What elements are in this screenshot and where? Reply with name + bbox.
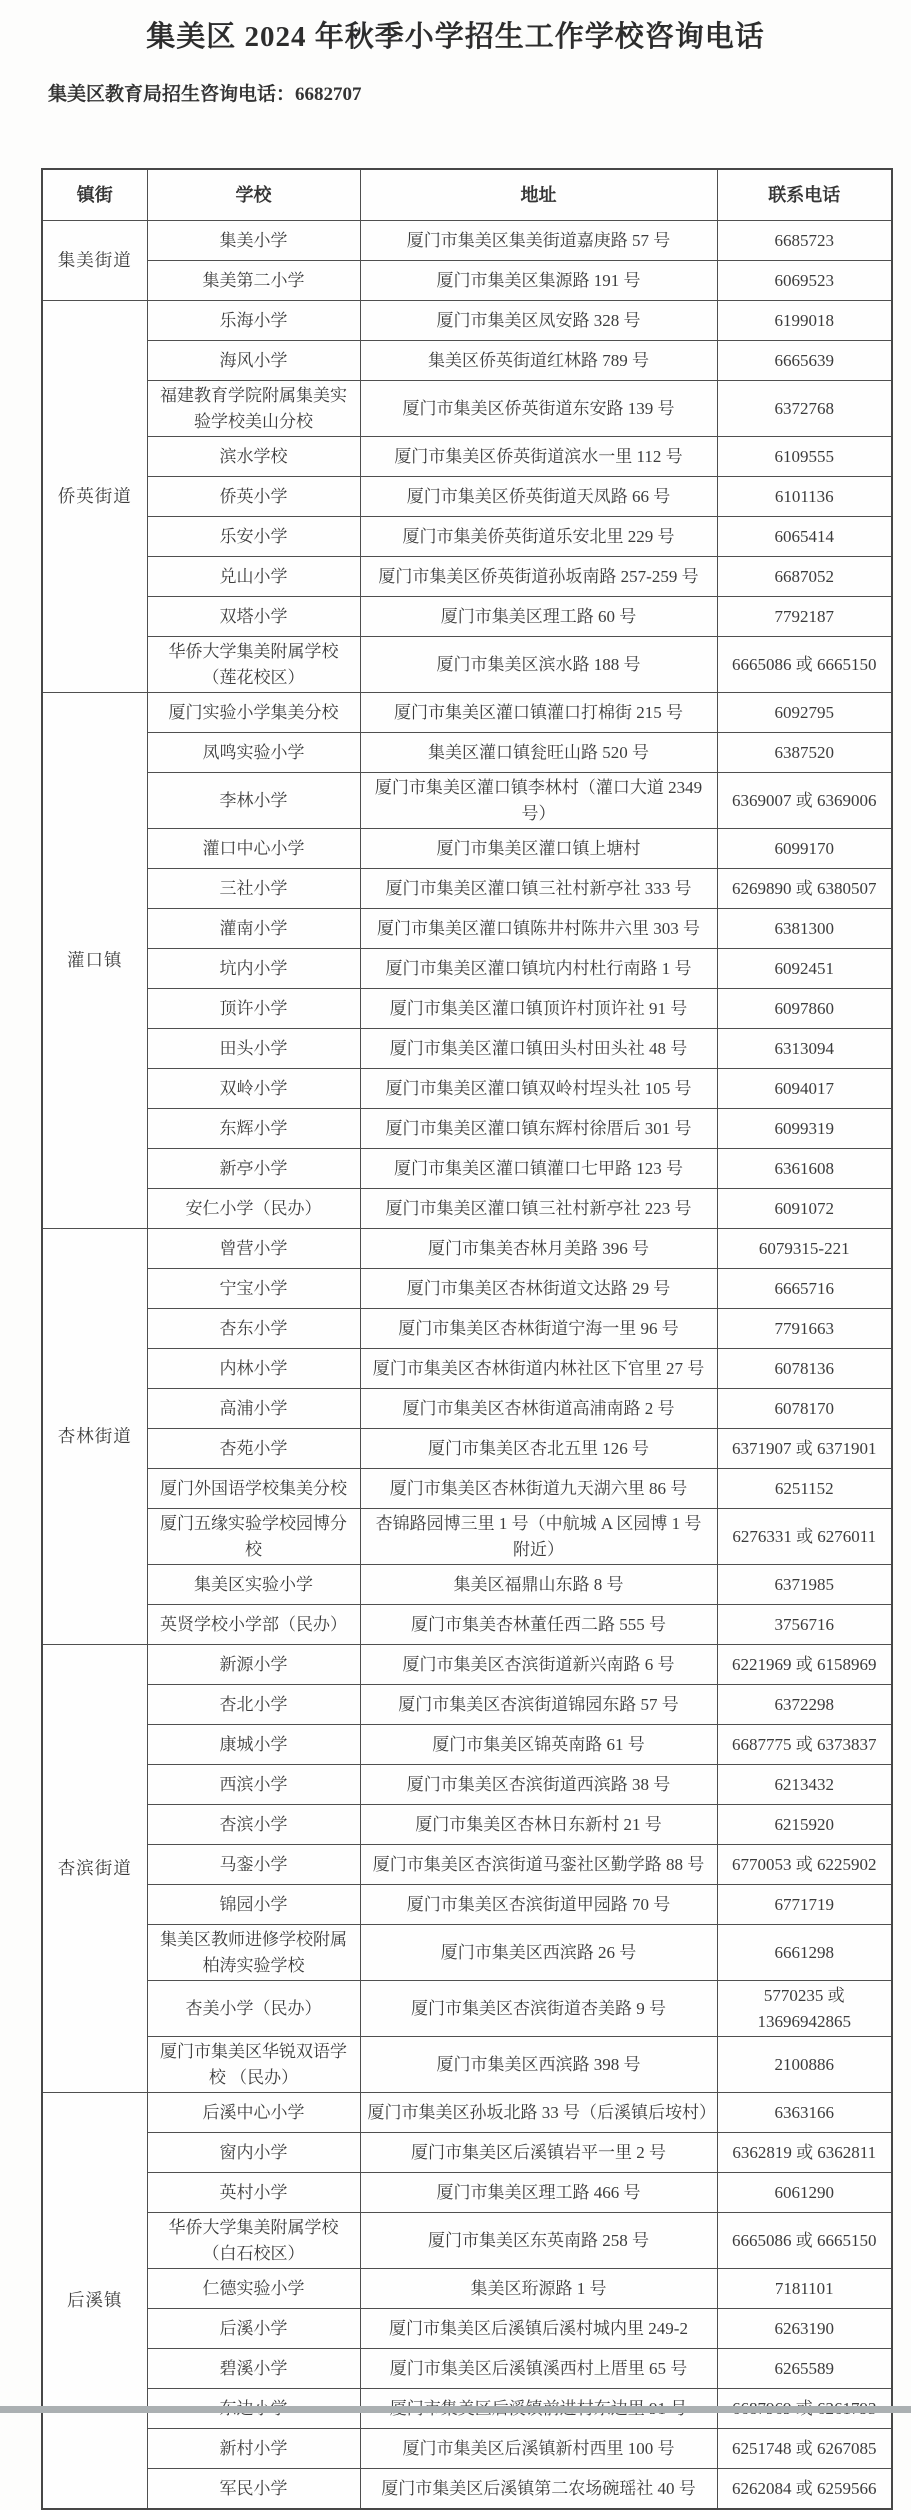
table-row: 集美区实验小学集美区福鼎山东路 8 号6371985 xyxy=(42,1565,892,1605)
table-row: 仁德实验小学集美区珩源路 1 号7181101 xyxy=(42,2269,892,2309)
school-cell: 厦门五缘实验学校园博分校 xyxy=(147,1509,360,1565)
address-cell: 厦门市集美区西滨路 26 号 xyxy=(360,1925,717,1981)
address-cell: 厦门市集美区杏林街道宁海一里 96 号 xyxy=(360,1309,717,1349)
table-row: 杏苑小学厦门市集美区杏北五里 126 号6371907 或 6371901 xyxy=(42,1429,892,1469)
phone-cell: 6276331 或 6276011 xyxy=(717,1509,892,1565)
table-row: 集美区教师进修学校附属柏涛实验学校厦门市集美区西滨路 26 号6661298 xyxy=(42,1925,892,1981)
school-cell: 乐海小学 xyxy=(147,301,360,341)
school-cell: 高浦小学 xyxy=(147,1389,360,1429)
school-cell: 乐安小学 xyxy=(147,517,360,557)
table-row: 锦园小学厦门市集美区杏滨街道甲园路 70 号6771719 xyxy=(42,1885,892,1925)
school-cell: 后溪中心小学 xyxy=(147,2093,360,2133)
phone-cell: 2100886 xyxy=(717,2037,892,2093)
table-row: 杏滨街道新源小学厦门市集美区杏滨街道新兴南路 6 号6221969 或 6158… xyxy=(42,1645,892,1685)
phone-cell: 6263190 xyxy=(717,2309,892,2349)
table-row: 双岭小学厦门市集美区灌口镇双岭村埕头社 105 号6094017 xyxy=(42,1069,892,1109)
phone-cell: 6092795 xyxy=(717,693,892,733)
phone-cell: 6101136 xyxy=(717,477,892,517)
school-cell: 华侨大学集美附属学校（莲花校区） xyxy=(147,637,360,693)
phone-cell: 6251152 xyxy=(717,1469,892,1509)
school-cell: 集美区实验小学 xyxy=(147,1565,360,1605)
table-row: 坑内小学厦门市集美区灌口镇坑内村杜行南路 1 号6092451 xyxy=(42,949,892,989)
school-cell: 侨英小学 xyxy=(147,477,360,517)
table-row: 双塔小学厦门市集美区理工路 60 号7792187 xyxy=(42,597,892,637)
school-cell: 杏东小学 xyxy=(147,1309,360,1349)
address-cell: 厦门市集美区滨水路 188 号 xyxy=(360,637,717,693)
address-cell: 厦门市集美区理工路 466 号 xyxy=(360,2173,717,2213)
address-cell: 厦门市集美区杏滨街道锦园东路 57 号 xyxy=(360,1685,717,1725)
school-cell: 双岭小学 xyxy=(147,1069,360,1109)
phone-cell: 3756716 xyxy=(717,1605,892,1645)
table-row: 宁宝小学厦门市集美区杏林街道文达路 29 号6665716 xyxy=(42,1269,892,1309)
address-cell: 厦门市集美区杏林街道内林社区下官里 27 号 xyxy=(360,1349,717,1389)
address-cell: 厦门市集美区灌口镇上塘村 xyxy=(360,829,717,869)
school-cell: 英村小学 xyxy=(147,2173,360,2213)
phone-cell: 6687775 或 6373837 xyxy=(717,1725,892,1765)
address-cell: 厦门市集美区灌口镇三社村新亭社 223 号 xyxy=(360,1189,717,1229)
address-cell: 厦门市集美区杏林街道高浦南路 2 号 xyxy=(360,1389,717,1429)
address-cell: 厦门市集美区凤安路 328 号 xyxy=(360,301,717,341)
phone-cell: 6661298 xyxy=(717,1925,892,1981)
phone-cell: 6091072 xyxy=(717,1189,892,1229)
table-row: 田头小学厦门市集美区灌口镇田头村田头社 48 号6313094 xyxy=(42,1029,892,1069)
school-cell: 杏苑小学 xyxy=(147,1429,360,1469)
district-cell: 杏滨街道 xyxy=(42,1645,147,2093)
school-cell: 军民小学 xyxy=(147,2469,360,2510)
table-row: 侨英街道乐海小学厦门市集美区凤安路 328 号6199018 xyxy=(42,301,892,341)
address-cell: 杏锦路园博三里 1 号（中航城 A 区园博 1 号附近） xyxy=(360,1509,717,1565)
school-cell: 双塔小学 xyxy=(147,597,360,637)
table-row: 侨英小学厦门市集美区侨英街道天凤路 66 号6101136 xyxy=(42,477,892,517)
school-cell: 坑内小学 xyxy=(147,949,360,989)
table-row: 杏美小学（民办）厦门市集美区杏滨街道杏美路 9 号5770235 或 13696… xyxy=(42,1981,892,2037)
address-cell: 厦门市集美区锦英南路 61 号 xyxy=(360,1725,717,1765)
address-cell: 集美区灌口镇瓮旺山路 520 号 xyxy=(360,733,717,773)
school-cell: 集美区教师进修学校附属柏涛实验学校 xyxy=(147,1925,360,1981)
phone-cell: 6371985 xyxy=(717,1565,892,1605)
school-cell: 宁宝小学 xyxy=(147,1269,360,1309)
phone-cell: 6215920 xyxy=(717,1805,892,1845)
table-row: 后溪镇后溪中心小学厦门市集美区孙坂北路 33 号（后溪镇后垵村）6363166 xyxy=(42,2093,892,2133)
address-cell: 厦门市集美区西滨路 398 号 xyxy=(360,2037,717,2093)
table-row: 马銮小学厦门市集美区杏滨街道马銮社区勤学路 88 号6770053 或 6225… xyxy=(42,1845,892,1885)
address-cell: 厦门市集美区杏滨街道杏美路 9 号 xyxy=(360,1981,717,2037)
table-row: 杏林街道曾营小学厦门市集美杏林月美路 396 号6079315-221 xyxy=(42,1229,892,1269)
address-cell: 厦门市集美杏林月美路 396 号 xyxy=(360,1229,717,1269)
phone-cell: 6262084 或 6259566 xyxy=(717,2469,892,2510)
education-bureau-hotline: 集美区教育局招生咨询电话：6682707 xyxy=(48,79,911,106)
phone-cell: 6065414 xyxy=(717,517,892,557)
phone-cell: 6069523 xyxy=(717,261,892,301)
school-cell: 灌南小学 xyxy=(147,909,360,949)
page-title: 集美区 2024 年秋季小学招生工作学校咨询电话 xyxy=(0,0,911,55)
table-row: 杏东小学厦门市集美区杏林街道宁海一里 96 号7791663 xyxy=(42,1309,892,1349)
address-cell: 厦门市集美侨英街道乐安北里 229 号 xyxy=(360,517,717,557)
address-cell: 厦门市集美区杏滨街道西滨路 38 号 xyxy=(360,1765,717,1805)
table-row: 英村小学厦门市集美区理工路 466 号6061290 xyxy=(42,2173,892,2213)
table-row: 华侨大学集美附属学校（白石校区）厦门市集美区东英南路 258 号6665086 … xyxy=(42,2213,892,2269)
table-row: 凤鸣实验小学集美区灌口镇瓮旺山路 520 号6387520 xyxy=(42,733,892,773)
address-cell: 厦门市集美区灌口镇顶许村顶许社 91 号 xyxy=(360,989,717,1029)
address-cell: 厦门市集美区杏滨街道马銮社区勤学路 88 号 xyxy=(360,1845,717,1885)
phone-cell: 6372298 xyxy=(717,1685,892,1725)
table-row: 顶许小学厦门市集美区灌口镇顶许村顶许社 91 号6097860 xyxy=(42,989,892,1029)
school-cell: 东辉小学 xyxy=(147,1109,360,1149)
school-cell: 集美第二小学 xyxy=(147,261,360,301)
address-cell: 厦门市集美区灌口镇陈井村陈井六里 303 号 xyxy=(360,909,717,949)
school-cell: 西滨小学 xyxy=(147,1765,360,1805)
table-row: 厦门市集美区华锐双语学校 （民办）厦门市集美区西滨路 398 号2100886 xyxy=(42,2037,892,2093)
school-contact-table: 镇街 学校 地址 联系电话 集美街道集美小学厦门市集美区集美街道嘉庚路 57 号… xyxy=(41,168,893,2510)
address-cell: 厦门市集美区灌口镇李林村（灌口大道 2349 号） xyxy=(360,773,717,829)
address-cell: 厦门市集美区灌口镇东辉村徐厝后 301 号 xyxy=(360,1109,717,1149)
phone-cell: 6265589 xyxy=(717,2349,892,2389)
table-row: 安仁小学（民办）厦门市集美区灌口镇三社村新亭社 223 号6091072 xyxy=(42,1189,892,1229)
address-cell: 厦门市集美区灌口镇田头村田头社 48 号 xyxy=(360,1029,717,1069)
school-cell: 厦门外国语学校集美分校 xyxy=(147,1469,360,1509)
phone-cell: 7792187 xyxy=(717,597,892,637)
table-row: 英贤学校小学部（民办）厦门市集美杏林董任西二路 555 号3756716 xyxy=(42,1605,892,1645)
address-cell: 厦门市集美区后溪镇岩平一里 2 号 xyxy=(360,2133,717,2173)
phone-cell: 6685723 xyxy=(717,221,892,261)
address-cell: 厦门市集美区杏林街道九天湖六里 86 号 xyxy=(360,1469,717,1509)
column-header-address: 地址 xyxy=(360,169,717,221)
school-cell: 福建教育学院附属集美实验学校美山分校 xyxy=(147,381,360,437)
table-row: 滨水学校厦门市集美区侨英街道滨水一里 112 号6109555 xyxy=(42,437,892,477)
phone-cell: 5770235 或 13696942865 xyxy=(717,1981,892,2037)
table-row: 厦门五缘实验学校园博分校杏锦路园博三里 1 号（中航城 A 区园博 1 号附近）… xyxy=(42,1509,892,1565)
school-cell: 兑山小学 xyxy=(147,557,360,597)
phone-cell: 6770053 或 6225902 xyxy=(717,1845,892,1885)
school-cell: 窗内小学 xyxy=(147,2133,360,2173)
address-cell: 厦门市集美区后溪镇第二农场碗瑶社 40 号 xyxy=(360,2469,717,2510)
school-cell: 田头小学 xyxy=(147,1029,360,1069)
phone-cell: 6372768 xyxy=(717,381,892,437)
address-cell: 厦门市集美区侨英街道天凤路 66 号 xyxy=(360,477,717,517)
table-row: 碧溪小学厦门市集美区后溪镇溪西村上厝里 65 号6265589 xyxy=(42,2349,892,2389)
phone-cell: 6665086 或 6665150 xyxy=(717,637,892,693)
address-cell: 集美区福鼎山东路 8 号 xyxy=(360,1565,717,1605)
table-row: 兑山小学厦门市集美区侨英街道孙坂南路 257-259 号6687052 xyxy=(42,557,892,597)
phone-cell: 6213432 xyxy=(717,1765,892,1805)
district-cell: 侨英街道 xyxy=(42,301,147,693)
table-row: 东辉小学厦门市集美区灌口镇东辉村徐厝后 301 号6099319 xyxy=(42,1109,892,1149)
table-row: 集美街道集美小学厦门市集美区集美街道嘉庚路 57 号6685723 xyxy=(42,221,892,261)
address-cell: 集美区珩源路 1 号 xyxy=(360,2269,717,2309)
school-cell: 曾营小学 xyxy=(147,1229,360,1269)
phone-cell: 6061290 xyxy=(717,2173,892,2213)
table-row: 西滨小学厦门市集美区杏滨街道西滨路 38 号6213432 xyxy=(42,1765,892,1805)
school-cell: 厦门市集美区华锐双语学校 （民办） xyxy=(147,2037,360,2093)
school-cell: 杏美小学（民办） xyxy=(147,1981,360,2037)
phone-cell: 6363166 xyxy=(717,2093,892,2133)
school-cell: 华侨大学集美附属学校（白石校区） xyxy=(147,2213,360,2269)
school-cell: 杏北小学 xyxy=(147,1685,360,1725)
phone-cell: 6092451 xyxy=(717,949,892,989)
column-header-district: 镇街 xyxy=(42,169,147,221)
phone-cell: 6371907 或 6371901 xyxy=(717,1429,892,1469)
school-cell: 李林小学 xyxy=(147,773,360,829)
school-cell: 新源小学 xyxy=(147,1645,360,1685)
table-row: 高浦小学厦门市集美区杏林街道高浦南路 2 号6078170 xyxy=(42,1389,892,1429)
address-cell: 厦门市集美区灌口镇坑内村杜行南路 1 号 xyxy=(360,949,717,989)
school-table-body: 集美街道集美小学厦门市集美区集美街道嘉庚路 57 号6685723集美第二小学厦… xyxy=(42,221,892,2510)
school-cell: 仁德实验小学 xyxy=(147,2269,360,2309)
table-row: 福建教育学院附属集美实验学校美山分校厦门市集美区侨英街道东安路 139 号637… xyxy=(42,381,892,437)
table-row: 杏滨小学厦门市集美区杏林日东新村 21 号6215920 xyxy=(42,1805,892,1845)
school-cell: 灌口中心小学 xyxy=(147,829,360,869)
phone-cell: 6665716 xyxy=(717,1269,892,1309)
column-header-school: 学校 xyxy=(147,169,360,221)
phone-cell: 6313094 xyxy=(717,1029,892,1069)
phone-cell: 6369007 或 6369006 xyxy=(717,773,892,829)
phone-cell: 6687052 xyxy=(717,557,892,597)
phone-cell: 6099170 xyxy=(717,829,892,869)
school-cell: 后溪小学 xyxy=(147,2309,360,2349)
phone-cell: 6361608 xyxy=(717,1149,892,1189)
address-cell: 厦门市集美区侨英街道东安路 139 号 xyxy=(360,381,717,437)
phone-cell: 6381300 xyxy=(717,909,892,949)
address-cell: 厦门市集美区杏滨街道甲园路 70 号 xyxy=(360,1885,717,1925)
address-cell: 厦门市集美区杏滨街道新兴南路 6 号 xyxy=(360,1645,717,1685)
phone-cell: 6078170 xyxy=(717,1389,892,1429)
phone-cell: 6221969 或 6158969 xyxy=(717,1645,892,1685)
address-cell: 厦门市集美区侨英街道孙坂南路 257-259 号 xyxy=(360,557,717,597)
table-row: 乐安小学厦门市集美侨英街道乐安北里 229 号6065414 xyxy=(42,517,892,557)
table-row: 三社小学厦门市集美区灌口镇三社村新亭社 333 号6269890 或 63805… xyxy=(42,869,892,909)
table-row: 厦门外国语学校集美分校厦门市集美区杏林街道九天湖六里 86 号6251152 xyxy=(42,1469,892,1509)
address-cell: 厦门市集美区杏北五里 126 号 xyxy=(360,1429,717,1469)
table-row: 李林小学厦门市集美区灌口镇李林村（灌口大道 2349 号）6369007 或 6… xyxy=(42,773,892,829)
district-cell: 灌口镇 xyxy=(42,693,147,1229)
table-row: 新亭小学厦门市集美区灌口镇灌口七甲路 123 号6361608 xyxy=(42,1149,892,1189)
school-cell: 集美小学 xyxy=(147,221,360,261)
address-cell: 集美区侨英街道红林路 789 号 xyxy=(360,341,717,381)
phone-cell: 6199018 xyxy=(717,301,892,341)
table-header-row: 镇街 学校 地址 联系电话 xyxy=(42,169,892,221)
school-cell: 新亭小学 xyxy=(147,1149,360,1189)
phone-cell: 6097860 xyxy=(717,989,892,1029)
photo-bottom-edge-bar xyxy=(0,2406,911,2413)
school-cell: 新村小学 xyxy=(147,2429,360,2469)
address-cell: 厦门市集美区后溪镇后溪村城内里 249-2 xyxy=(360,2309,717,2349)
address-cell: 厦门市集美区理工路 60 号 xyxy=(360,597,717,637)
address-cell: 厦门市集美区灌口镇双岭村埕头社 105 号 xyxy=(360,1069,717,1109)
phone-cell: 7791663 xyxy=(717,1309,892,1349)
table-row: 华侨大学集美附属学校（莲花校区）厦门市集美区滨水路 188 号6665086 或… xyxy=(42,637,892,693)
phone-cell: 6099319 xyxy=(717,1109,892,1149)
table-row: 集美第二小学厦门市集美区集源路 191 号6069523 xyxy=(42,261,892,301)
school-cell: 英贤学校小学部（民办） xyxy=(147,1605,360,1645)
phone-cell: 6665086 或 6665150 xyxy=(717,2213,892,2269)
school-cell: 厦门实验小学集美分校 xyxy=(147,693,360,733)
table-row: 康城小学厦门市集美区锦英南路 61 号6687775 或 6373837 xyxy=(42,1725,892,1765)
phone-cell: 6387520 xyxy=(717,733,892,773)
phone-cell: 6109555 xyxy=(717,437,892,477)
table-row: 内林小学厦门市集美区杏林街道内林社区下官里 27 号6078136 xyxy=(42,1349,892,1389)
table-row: 杏北小学厦门市集美区杏滨街道锦园东路 57 号6372298 xyxy=(42,1685,892,1725)
address-cell: 厦门市集美区灌口镇三社村新亭社 333 号 xyxy=(360,869,717,909)
school-cell: 海风小学 xyxy=(147,341,360,381)
address-cell: 厦门市集美区东英南路 258 号 xyxy=(360,2213,717,2269)
address-cell: 厦门市集美区集源路 191 号 xyxy=(360,261,717,301)
table-row: 军民小学厦门市集美区后溪镇第二农场碗瑶社 40 号6262084 或 62595… xyxy=(42,2469,892,2510)
table-row: 窗内小学厦门市集美区后溪镇岩平一里 2 号6362819 或 6362811 xyxy=(42,2133,892,2173)
address-cell: 厦门市集美杏林董任西二路 555 号 xyxy=(360,1605,717,1645)
address-cell: 厦门市集美区侨英街道滨水一里 112 号 xyxy=(360,437,717,477)
district-cell: 集美街道 xyxy=(42,221,147,301)
school-cell: 内林小学 xyxy=(147,1349,360,1389)
address-cell: 厦门市集美区灌口镇灌口七甲路 123 号 xyxy=(360,1149,717,1189)
address-cell: 厦门市集美区杏林日东新村 21 号 xyxy=(360,1805,717,1845)
address-cell: 厦门市集美区杏林街道文达路 29 号 xyxy=(360,1269,717,1309)
table-row: 新村小学厦门市集美区后溪镇新村西里 100 号6251748 或 6267085 xyxy=(42,2429,892,2469)
address-cell: 厦门市集美区孙坂北路 33 号（后溪镇后垵村） xyxy=(360,2093,717,2133)
phone-cell: 6771719 xyxy=(717,1885,892,1925)
phone-cell: 7181101 xyxy=(717,2269,892,2309)
school-cell: 凤鸣实验小学 xyxy=(147,733,360,773)
district-cell: 杏林街道 xyxy=(42,1229,147,1645)
school-cell: 顶许小学 xyxy=(147,989,360,1029)
phone-cell: 6251748 或 6267085 xyxy=(717,2429,892,2469)
address-cell: 厦门市集美区后溪镇新村西里 100 号 xyxy=(360,2429,717,2469)
address-cell: 厦门市集美区集美街道嘉庚路 57 号 xyxy=(360,221,717,261)
school-cell: 康城小学 xyxy=(147,1725,360,1765)
table-row: 海风小学集美区侨英街道红林路 789 号6665639 xyxy=(42,341,892,381)
phone-cell: 6665639 xyxy=(717,341,892,381)
school-cell: 碧溪小学 xyxy=(147,2349,360,2389)
table-row: 灌南小学厦门市集美区灌口镇陈井村陈井六里 303 号6381300 xyxy=(42,909,892,949)
table-row: 灌口中心小学厦门市集美区灌口镇上塘村6099170 xyxy=(42,829,892,869)
phone-cell: 6269890 或 6380507 xyxy=(717,869,892,909)
school-cell: 安仁小学（民办） xyxy=(147,1189,360,1229)
school-cell: 滨水学校 xyxy=(147,437,360,477)
table-row: 后溪小学厦门市集美区后溪镇后溪村城内里 249-26263190 xyxy=(42,2309,892,2349)
column-header-phone: 联系电话 xyxy=(717,169,892,221)
phone-cell: 6078136 xyxy=(717,1349,892,1389)
district-cell: 后溪镇 xyxy=(42,2093,147,2510)
school-cell: 三社小学 xyxy=(147,869,360,909)
school-cell: 马銮小学 xyxy=(147,1845,360,1885)
school-cell: 杏滨小学 xyxy=(147,1805,360,1845)
address-cell: 厦门市集美区后溪镇溪西村上厝里 65 号 xyxy=(360,2349,717,2389)
phone-cell: 6362819 或 6362811 xyxy=(717,2133,892,2173)
address-cell: 厦门市集美区灌口镇灌口打棉街 215 号 xyxy=(360,693,717,733)
table-row: 灌口镇厦门实验小学集美分校厦门市集美区灌口镇灌口打棉街 215 号6092795 xyxy=(42,693,892,733)
school-cell: 锦园小学 xyxy=(147,1885,360,1925)
phone-cell: 6094017 xyxy=(717,1069,892,1109)
phone-cell: 6079315-221 xyxy=(717,1229,892,1269)
